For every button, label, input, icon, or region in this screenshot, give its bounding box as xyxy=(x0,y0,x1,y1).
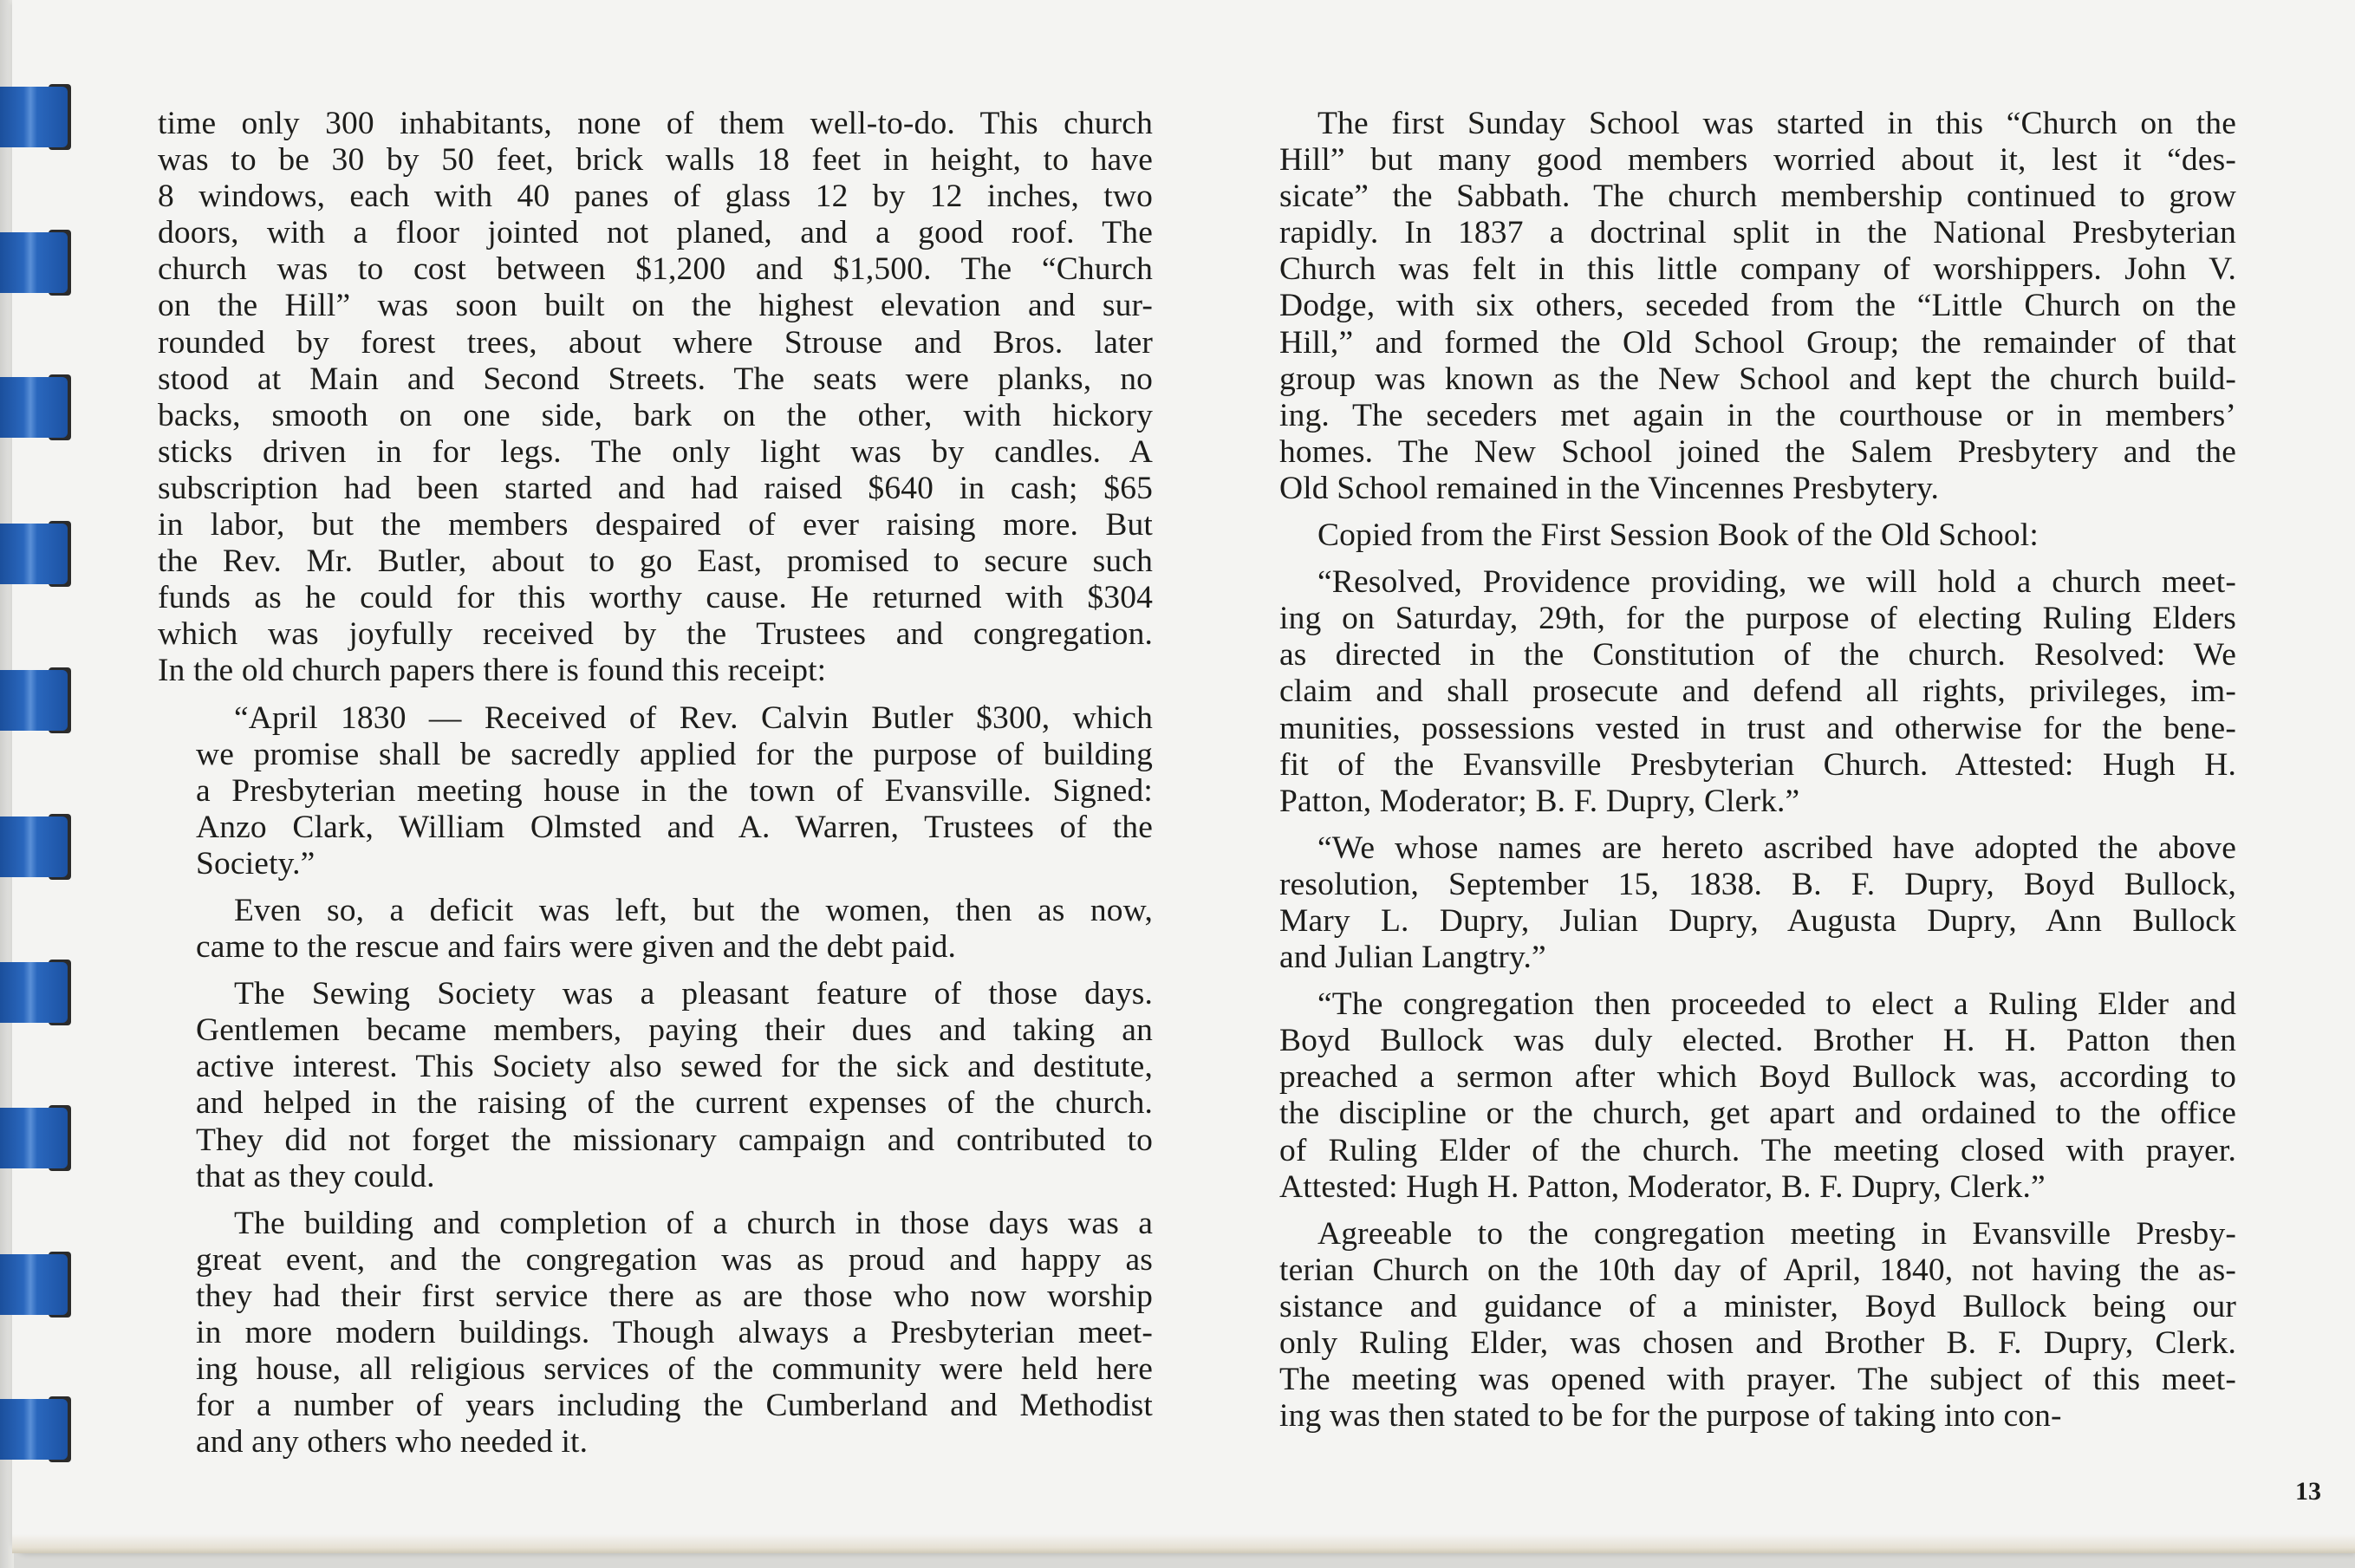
binding-ring-icon xyxy=(0,1254,68,1315)
text-line: terian Church on the 10th day of April, … xyxy=(1241,1252,2236,1289)
text-line: only Ruling Elder, was chosen and Brothe… xyxy=(1241,1325,2236,1362)
text-line: time only 300 inhabitants, none of them … xyxy=(158,106,1153,142)
text-line: resolution, September 15, 1838. B. F. Du… xyxy=(1241,867,2236,903)
text-line: The Sewing Society was a pleasant featur… xyxy=(158,976,1153,1012)
text-line: was to be 30 by 50 feet, brick walls 18 … xyxy=(158,142,1153,179)
text-line: rapidly. In 1837 a doctrinal split in th… xyxy=(1241,215,2236,251)
text-line: Boyd Bullock was duly elected. Brother H… xyxy=(1241,1023,2236,1059)
text-line: and Julian Langtry.” xyxy=(1241,940,2236,976)
paragraph: Even so, a deficit was left, but the wom… xyxy=(158,893,1153,966)
text-line: Anzo Clark, William Olmsted and A. Warre… xyxy=(158,810,1153,846)
binding-ring-icon xyxy=(0,232,68,293)
text-line: sticks driven in for legs. The only ligh… xyxy=(158,434,1153,471)
paragraph: “Resolved, Providence providing, we will… xyxy=(1241,564,2236,820)
text-line: and helped in the raising of the current… xyxy=(158,1085,1153,1122)
text-line: Society.” xyxy=(158,846,1153,882)
paragraph: The Sewing Society was a pleasant featur… xyxy=(158,976,1153,1195)
text-line: Agreeable to the congregation meeting in… xyxy=(1241,1216,2236,1252)
text-line: fit of the Evansville Presbyterian Churc… xyxy=(1241,747,2236,784)
text-line: stood at Main and Second Streets. The se… xyxy=(158,361,1153,398)
binding-ring-icon xyxy=(0,87,68,147)
text-line: ing was then stated to be for the purpos… xyxy=(1241,1398,2236,1435)
text-line: Hill” but many good members worried abou… xyxy=(1241,142,2236,179)
binding-ring-icon xyxy=(0,1399,68,1460)
text-line: active interest. This Society also sewed… xyxy=(158,1049,1153,1085)
page-bottom-edge xyxy=(12,1534,2355,1553)
text-line: They did not forget the missionary campa… xyxy=(158,1122,1153,1159)
text-line: The meeting was opened with prayer. The … xyxy=(1241,1362,2236,1398)
text-line: Patton, Moderator; B. F. Dupry, Clerk.” xyxy=(1241,784,2236,820)
text-line: which was joyfully received by the Trust… xyxy=(158,616,1153,653)
text-line: sistance and guidance of a minister, Boy… xyxy=(1241,1289,2236,1325)
text-line: ing on Saturday, 29th, for the purpose o… xyxy=(1241,601,2236,637)
left-text-column: time only 300 inhabitants, none of them … xyxy=(158,106,1153,1461)
text-line: came to the rescue and fairs were given … xyxy=(158,929,1153,966)
page-number: 13 xyxy=(2295,1477,2321,1506)
text-line: rounded by forest trees, about where Str… xyxy=(158,325,1153,361)
paragraph: “April 1830 — Received of Rev. Calvin Bu… xyxy=(158,700,1153,882)
text-line: Mary L. Dupry, Julian Dupry, Augusta Dup… xyxy=(1241,903,2236,940)
text-line: Old School remained in the Vincennes Pre… xyxy=(1241,471,2236,507)
text-line: in labor, but the members despaired of e… xyxy=(158,507,1153,543)
text-line: “We whose names are hereto ascribed have… xyxy=(1241,830,2236,867)
paragraph: “We whose names are hereto ascribed have… xyxy=(1241,830,2236,976)
text-line: 8 windows, each with 40 panes of glass 1… xyxy=(158,179,1153,215)
paragraph: time only 300 inhabitants, none of them … xyxy=(158,106,1153,690)
paragraph: The first Sunday School was started in t… xyxy=(1241,106,2236,507)
binding-ring-icon xyxy=(0,524,68,584)
text-line: Copied from the First Session Book of th… xyxy=(1241,517,2236,554)
right-text-column: The first Sunday School was started in t… xyxy=(1241,106,2236,1435)
text-line: backs, smooth on one side, bark on the o… xyxy=(158,398,1153,434)
text-line: The building and completion of a church … xyxy=(158,1206,1153,1242)
text-line: subscription had been started and had ra… xyxy=(158,471,1153,507)
text-line: “The congregation then proceeded to elec… xyxy=(1241,986,2236,1023)
text-line: “April 1830 — Received of Rev. Calvin Bu… xyxy=(158,700,1153,737)
text-line: they had their first service there as ar… xyxy=(158,1278,1153,1315)
text-line: as directed in the Constitution of the c… xyxy=(1241,637,2236,673)
text-line: The first Sunday School was started in t… xyxy=(1241,106,2236,142)
text-line: on the Hill” was soon built on the highe… xyxy=(158,288,1153,324)
text-line: the Rev. Mr. Butler, about to go East, p… xyxy=(158,543,1153,580)
paragraph: The building and completion of a church … xyxy=(158,1206,1153,1461)
text-line: funds as he could for this worthy cause.… xyxy=(158,580,1153,616)
text-line: in more modern buildings. Though always … xyxy=(158,1315,1153,1351)
text-line: sicate” the Sabbath. The church membersh… xyxy=(1241,179,2236,215)
text-line: doors, with a floor jointed not planed, … xyxy=(158,215,1153,251)
text-line: Dodge, with six others, seceded from the… xyxy=(1241,288,2236,324)
paragraph: Copied from the First Session Book of th… xyxy=(1241,517,2236,554)
text-line: “Resolved, Providence providing, we will… xyxy=(1241,564,2236,601)
text-line: In the old church papers there is found … xyxy=(158,653,1153,689)
text-line: ing house, all religious services of the… xyxy=(158,1351,1153,1388)
binding-ring-icon xyxy=(0,377,68,438)
text-line: of Ruling Elder of the church. The meeti… xyxy=(1241,1133,2236,1169)
paragraph: Agreeable to the congregation meeting in… xyxy=(1241,1216,2236,1435)
text-line: Attested: Hugh H. Patton, Moderator, B. … xyxy=(1241,1169,2236,1206)
text-line: great event, and the congregation was as… xyxy=(158,1242,1153,1278)
text-line: claim and shall prosecute and defend all… xyxy=(1241,673,2236,710)
text-line: Gentlemen became members, paying their d… xyxy=(158,1012,1153,1049)
text-line: group was known as the New School and ke… xyxy=(1241,361,2236,398)
text-line: Hill,” and formed the Old School Group; … xyxy=(1241,325,2236,361)
text-line: ing. The seceders met again in the court… xyxy=(1241,398,2236,434)
text-line: church was to cost between $1,200 and $1… xyxy=(158,251,1153,288)
binding-ring-icon xyxy=(0,817,68,877)
paragraph: “The congregation then proceeded to elec… xyxy=(1241,986,2236,1206)
text-line: we promise shall be sacredly applied for… xyxy=(158,737,1153,773)
text-line: that as they could. xyxy=(158,1159,1153,1195)
text-line: for a number of years including the Cumb… xyxy=(158,1388,1153,1424)
text-line: and any others who needed it. xyxy=(158,1424,1153,1461)
text-line: Church was felt in this little company o… xyxy=(1241,251,2236,288)
text-line: preached a sermon after which Boyd Bullo… xyxy=(1241,1059,2236,1096)
text-line: homes. The New School joined the Salem P… xyxy=(1241,434,2236,471)
text-line: the discipline or the church, get apart … xyxy=(1241,1096,2236,1132)
text-line: munities, possessions vested in trust an… xyxy=(1241,711,2236,747)
binding-ring-icon xyxy=(0,962,68,1023)
binding-ring-icon xyxy=(0,670,68,731)
text-line: Even so, a deficit was left, but the wom… xyxy=(158,893,1153,929)
text-line: a Presbyterian meeting house in the town… xyxy=(158,773,1153,810)
binding-ring-icon xyxy=(0,1108,68,1168)
